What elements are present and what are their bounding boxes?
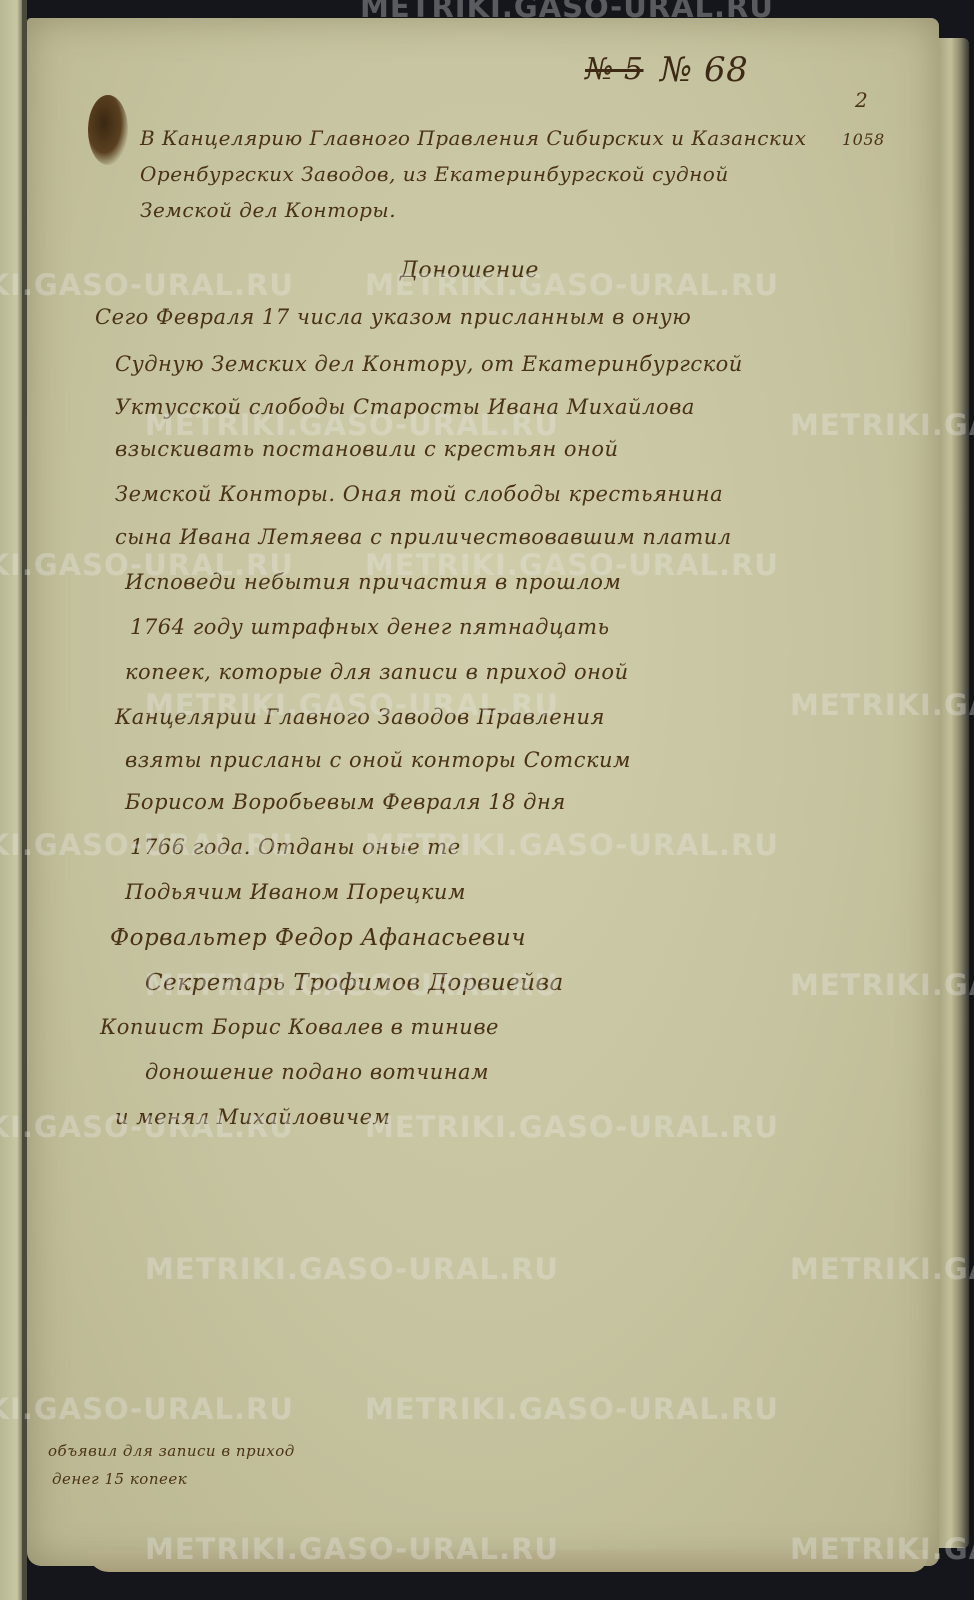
watermark: METRIKI.GASO-URAL.RU [145, 408, 559, 442]
body-line-8: 1764 году штрафных денег пятнадцать [130, 615, 610, 639]
body-line-17: Копиист Борис Ковалев в тиниве [100, 1015, 499, 1039]
watermark: METRIKI.GASO-URAL.RU [0, 548, 294, 582]
watermark: METRIKI.GASO-URAL.RU [790, 688, 974, 722]
watermark: METRIKI.GASO-URAL.RU [790, 408, 974, 442]
heading-line-2: Оренбургских Заводов, из Екатеринбургско… [140, 162, 729, 186]
watermark: METRIKI.GASO-URAL.RU [365, 1392, 779, 1426]
footer-note-line-2: денег 15 копеек [52, 1470, 187, 1488]
page-stack-edge [939, 38, 969, 1548]
ink-blot [88, 95, 128, 165]
watermark: METRIKI.GASO-URAL.RU [790, 1252, 974, 1286]
body-line-2: Судную Земских дел Контору, от Екатеринб… [115, 352, 743, 376]
watermark: METRIKI.GASO-URAL.RU [365, 268, 779, 302]
watermark: METRIKI.GASO-URAL.RU [145, 1252, 559, 1286]
body-line-15: Форвальтер Федор Афанасьевич [110, 925, 526, 951]
watermark: METRIKI.GASO-URAL.RU [145, 968, 559, 1002]
footer-note-line-1: объявил для записи в приход [48, 1442, 295, 1460]
heading-line-3: Земской дел Конторы. [140, 198, 396, 222]
body-line-1: Сего Февраля 17 числа указом присланным … [95, 305, 691, 329]
folio-number: № 68 [660, 50, 748, 90]
watermark: METRIKI.GASO-URAL.RU [790, 1532, 974, 1566]
watermark: METRIKI.GASO-URAL.RU [0, 1110, 294, 1144]
body-line-11: взяты присланы с оной конторы Сотским [125, 748, 631, 772]
watermark: METRIKI.GASO-URAL.RU [790, 968, 974, 1002]
body-line-6: сына Ивана Летяева с приличествовавшим п… [115, 525, 732, 549]
body-line-12: Борисом Воробьевым Февраля 18 дня [125, 790, 566, 814]
watermark: METRIKI.GASO-URAL.RU [365, 1110, 779, 1144]
watermark: METRIKI.GASO-URAL.RU [360, 0, 774, 24]
body-line-18: доношение подано вотчинам [145, 1060, 489, 1084]
body-line-9: копеек, которые для записи в приход оной [125, 660, 629, 684]
watermark: METRIKI.GASO-URAL.RU [0, 1392, 294, 1426]
watermark: METRIKI.GASO-URAL.RU [0, 268, 294, 302]
watermark: METRIKI.GASO-URAL.RU [365, 548, 779, 582]
body-line-5: Земской Конторы. Оная той слободы кресть… [115, 482, 723, 506]
heading-line-1: В Канцелярию Главного Правления Сибирски… [140, 126, 807, 150]
watermark: METRIKI.GASO-URAL.RU [145, 688, 559, 722]
watermark: METRIKI.GASO-URAL.RU [365, 828, 779, 862]
archive-number: 1058 [842, 130, 885, 149]
watermark: METRIKI.GASO-URAL.RU [0, 828, 294, 862]
watermark: METRIKI.GASO-URAL.RU [145, 1532, 559, 1566]
struck-folio-number: № 5 [585, 52, 644, 87]
body-line-14: Подьячим Иваном Порецким [125, 880, 466, 904]
corner-mark: 2 [855, 88, 868, 112]
facing-page-edge [0, 0, 24, 1600]
